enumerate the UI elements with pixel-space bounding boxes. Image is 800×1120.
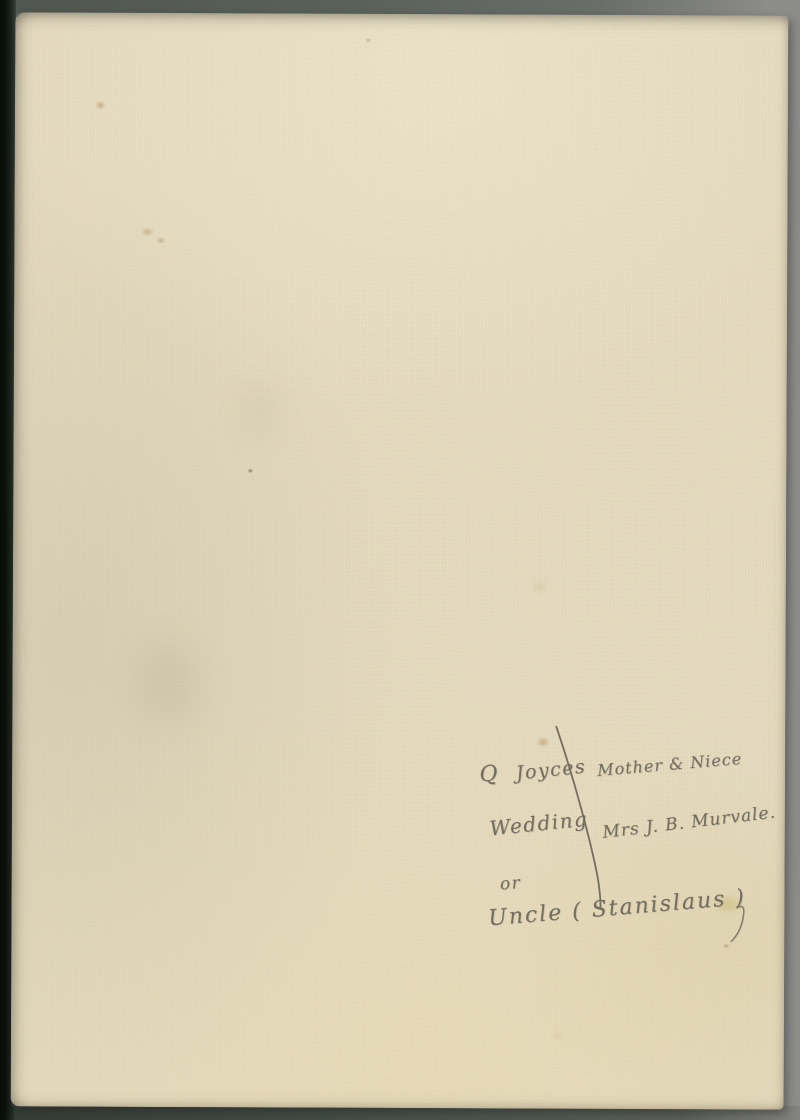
annotation-prefix: Q xyxy=(479,761,500,787)
annotation-line2-left: Wedding xyxy=(488,807,589,841)
annotation-line2-right: Mrs J. B. Murvale. xyxy=(601,803,777,843)
paper-sheet: Q Joyces Mother & Niece Wedding Mrs J. B… xyxy=(11,12,789,1109)
handwritten-annotation: Q Joyces Mother & Niece Wedding Mrs J. B… xyxy=(11,12,789,1109)
annotation-line4: Uncle ( Stanislaus ) xyxy=(487,885,747,931)
annotation-line1-left: Joyces xyxy=(515,756,587,785)
annotation-line3: or xyxy=(499,873,522,894)
annotation-line1-right: Mother & Niece xyxy=(596,749,742,780)
